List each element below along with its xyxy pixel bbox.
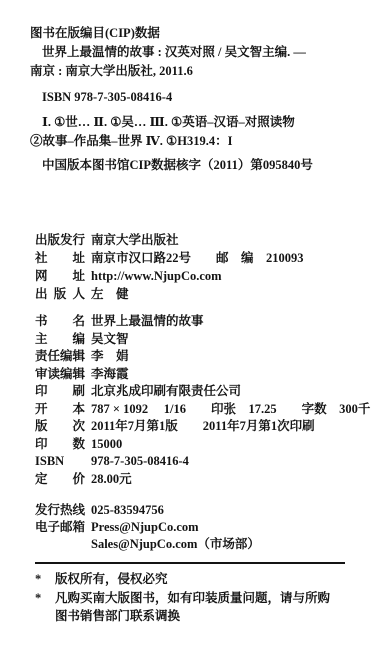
row-value: 吴文智 xyxy=(91,331,367,349)
row-label: 出版发行 xyxy=(35,231,85,249)
row-label: 网址 xyxy=(35,267,85,285)
cip-classification-line1: Ⅰ. ①世… Ⅱ. ①吴… Ⅲ. ①英语–汉语–对照读物 xyxy=(42,113,367,132)
divider-line xyxy=(35,562,345,564)
row-label: 社址 xyxy=(35,249,85,267)
publisher-row: 出版发行 南京大学出版社 xyxy=(35,231,367,249)
book-title: 世界上最温情的故事 xyxy=(91,313,367,331)
row-value: 北京兆成印刷有限责任公司 xyxy=(91,383,367,401)
row-label: ISBN xyxy=(35,453,85,471)
row-value: 2011年7月第1版 2011年7月第1次印刷 xyxy=(91,418,367,436)
book-row: 主编 吴文智 xyxy=(35,331,367,349)
row-label: 责任编辑 xyxy=(35,348,85,366)
row-label: 印刷 xyxy=(35,383,85,401)
note-text: 版权所有，侵权必究 xyxy=(55,570,168,589)
row-label xyxy=(35,536,85,553)
row-label: 发行热线 xyxy=(35,502,85,519)
cip-isbn-line: ISBN 978-7-305-08416-4 xyxy=(42,88,367,107)
row-value: 南京市汉口路22号 邮 编 210093 xyxy=(91,249,367,267)
row-value: 李海霞 xyxy=(91,366,367,384)
row-label: 开本 xyxy=(35,401,85,419)
book-row: ISBN 978-7-305-08416-4 xyxy=(35,453,367,471)
row-value: 左 健 xyxy=(91,285,367,303)
book-row: 责任编辑 李 娟 xyxy=(35,348,367,366)
cip-title-line: 世界上最温情的故事 : 汉英对照 / 吴文智主编. — xyxy=(42,43,367,62)
row-label: 书名 xyxy=(35,313,85,331)
publisher-section: 出版发行 南京大学出版社 社址 南京市汉口路22号 邮 编 210093 网址 … xyxy=(35,231,367,303)
notes-section: * 版权所有，侵权必究 * 凡购买南大版图书，如有印装质量问题，请与所购 图书销… xyxy=(35,570,367,626)
email-address: Sales@NjupCo.com（市场部） xyxy=(91,536,367,553)
note-item: * 凡购买南大版图书，如有印装质量问题，请与所购 图书销售部门联系调换 xyxy=(35,589,367,626)
book-row: 书名 世界上最温情的故事 xyxy=(35,313,367,331)
price-value: 28.00元 xyxy=(91,471,367,489)
hotline-number: 025-83594756 xyxy=(91,502,367,519)
website-url: http://www.NjupCo.com xyxy=(91,267,367,285)
row-label: 版次 xyxy=(35,418,85,436)
publisher-row: 社址 南京市汉口路22号 邮 编 210093 xyxy=(35,249,367,267)
book-row: 审读编辑 李海霞 xyxy=(35,366,367,384)
book-row: 印数 15000 xyxy=(35,436,367,454)
row-label: 出版人 xyxy=(35,285,85,303)
row-value: 787 × 1092 1/16 印张 17.25 字数 300千 xyxy=(91,401,370,419)
book-row: 印刷 北京兆成印刷有限责任公司 xyxy=(35,383,367,401)
cip-record-line: 中国版本图书馆CIP数据核字（2011）第095840号 xyxy=(42,156,367,175)
row-label: 审读编辑 xyxy=(35,366,85,384)
book-row: 定价 28.00元 xyxy=(35,471,367,489)
note-text: 凡购买南大版图书，如有印装质量问题，请与所购 图书销售部门联系调换 xyxy=(55,589,330,626)
row-value: 南京大学出版社 xyxy=(91,231,367,249)
row-value: 李 娟 xyxy=(91,348,367,366)
row-value: 15000 xyxy=(91,436,367,454)
contact-row: Sales@NjupCo.com（市场部） xyxy=(35,536,367,553)
contact-row: 电子邮箱 Press@NjupCo.com xyxy=(35,519,367,536)
asterisk-bullet: * xyxy=(35,570,55,589)
note-item: * 版权所有，侵权必究 xyxy=(35,570,367,589)
contact-row: 发行热线 025-83594756 xyxy=(35,502,367,519)
row-label: 主编 xyxy=(35,331,85,349)
row-label: 电子邮箱 xyxy=(35,519,85,536)
row-label: 印数 xyxy=(35,436,85,454)
book-row: 版次 2011年7月第1版 2011年7月第1次印刷 xyxy=(35,418,367,436)
contact-section: 发行热线 025-83594756 电子邮箱 Press@NjupCo.com … xyxy=(35,502,367,553)
cip-section: 图书在版编目(CIP)数据 世界上最温情的故事 : 汉英对照 / 吴文智主编. … xyxy=(30,24,367,175)
row-label: 定价 xyxy=(35,471,85,489)
cip-publisher-line: 南京 : 南京大学出版社, 2011.6 xyxy=(30,62,367,81)
isbn-number: 978-7-305-08416-4 xyxy=(91,453,367,471)
asterisk-bullet: * xyxy=(35,589,55,626)
book-info-section: 书名 世界上最温情的故事 主编 吴文智 责任编辑 李 娟 审读编辑 李海霞 印刷… xyxy=(35,313,367,488)
publisher-row: 出版人 左 健 xyxy=(35,285,367,303)
copyright-page: 图书在版编目(CIP)数据 世界上最温情的故事 : 汉英对照 / 吴文智主编. … xyxy=(0,0,375,650)
book-row: 开本 787 × 1092 1/16 印张 17.25 字数 300千 xyxy=(35,401,367,419)
cip-classification-line2: ②故事–作品集–世界 Ⅳ. ①H319.4：I xyxy=(30,132,367,151)
email-address: Press@NjupCo.com xyxy=(91,519,367,536)
cip-heading: 图书在版编目(CIP)数据 xyxy=(30,24,367,43)
publisher-row: 网址 http://www.NjupCo.com xyxy=(35,267,367,285)
